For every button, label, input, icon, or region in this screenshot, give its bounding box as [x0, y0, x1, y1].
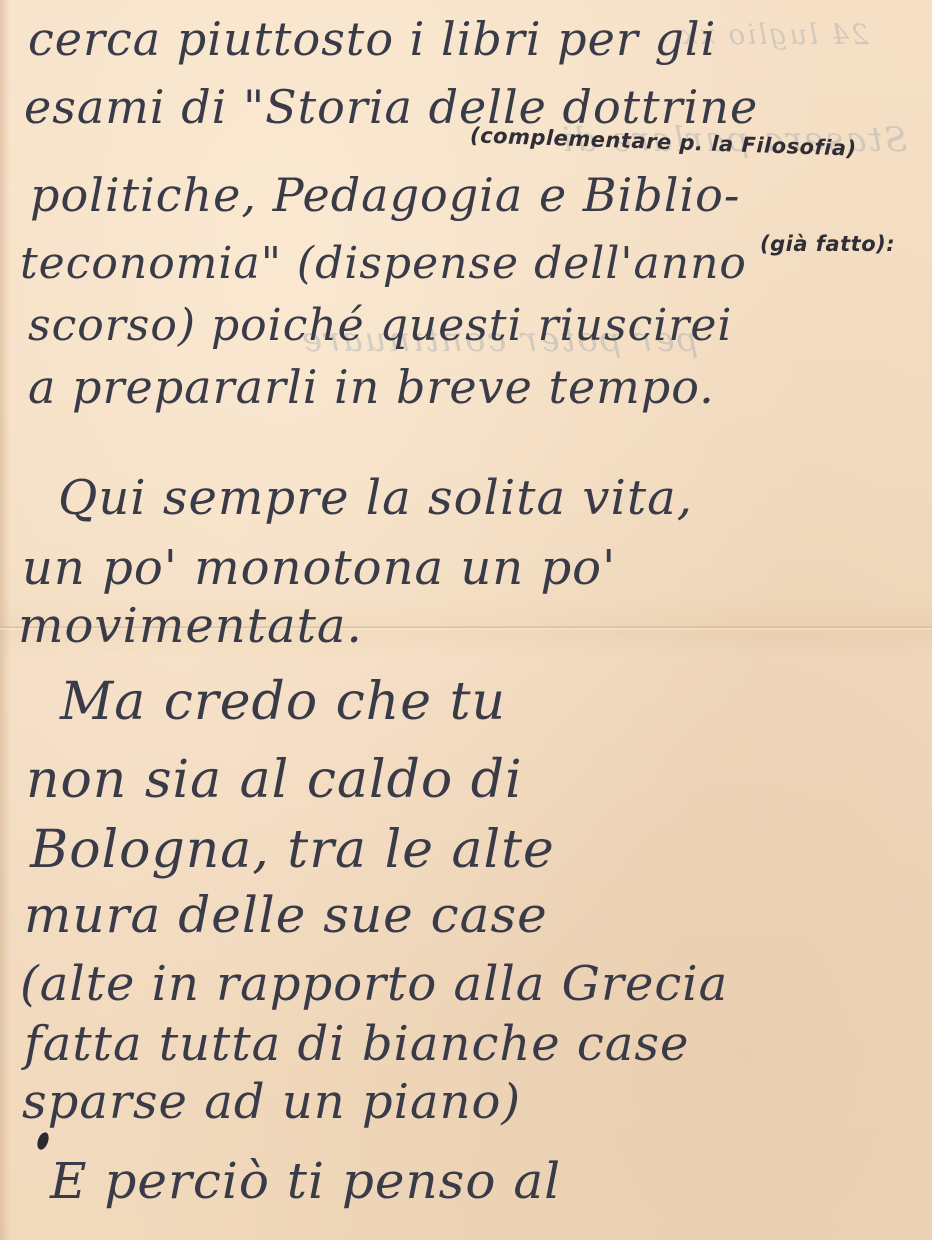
letter-line-9: movimentata. — [18, 598, 363, 654]
letter-line-16: sparse ad un piano) — [22, 1074, 521, 1130]
letter-line-15: fatta tutta di bianche case — [24, 1016, 689, 1072]
ink-blot — [35, 1131, 51, 1151]
letter-line-11: non sia al caldo di — [26, 750, 523, 810]
letter-page: 24 luglio xx Stasera parlare di per pote… — [0, 0, 932, 1240]
letter-line-14: (alte in rapporto alla Grecia — [20, 956, 728, 1012]
letter-line-2: esami di "Storia delle dottrine — [24, 80, 758, 134]
letter-line-8: un po' monotona un po' — [22, 540, 616, 596]
annotation-gia-fatto: (già fatto): — [760, 232, 895, 256]
paper-edge-shadow — [0, 0, 10, 1240]
letter-line-7: Qui sempre la solita vita, — [58, 470, 693, 526]
letter-line-12: Bologna, tra le alte — [30, 820, 555, 880]
letter-line-17: E perciò ti penso al — [50, 1152, 561, 1210]
letter-line-4: teconomia" (dispense dell'anno — [20, 238, 747, 289]
letter-line-10: Ma credo che tu — [60, 672, 506, 732]
letter-line-6: a prepararli in breve tempo. — [28, 360, 715, 414]
letter-line-3: politiche, Pedagogia e Biblio- — [30, 168, 740, 222]
letter-line-5: scorso) poiché questi riuscirei — [28, 300, 732, 351]
letter-line-1: cerca piuttosto i libri per gli — [28, 12, 716, 66]
letter-line-13: mura delle sue case — [24, 886, 548, 944]
